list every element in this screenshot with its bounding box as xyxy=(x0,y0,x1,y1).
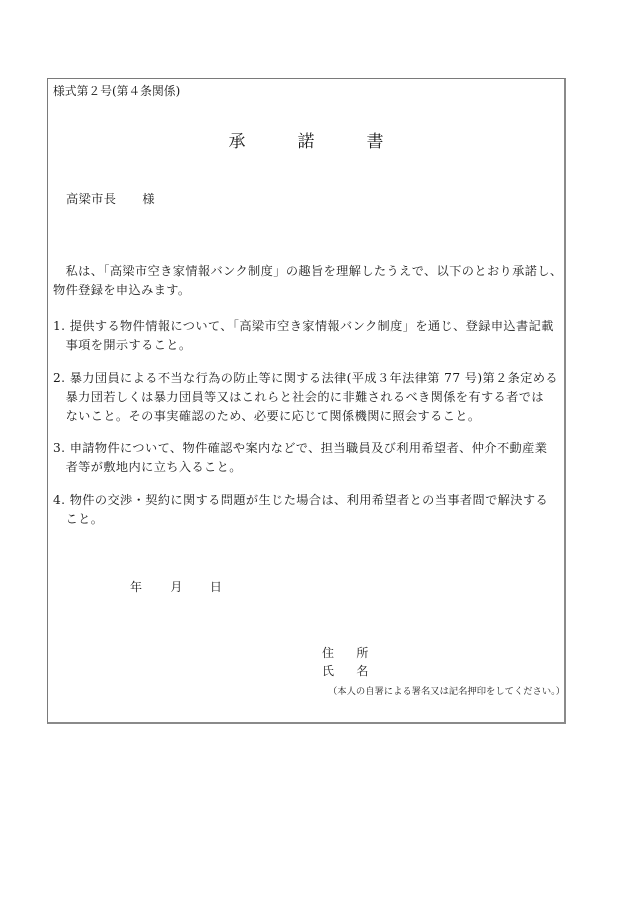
intro-line-1: 私は、「高梁市空き家情報バンク制度」の趣旨を理解したうえで、以下のとおり承諾し、 xyxy=(53,264,563,278)
item-4-line-2: こと。 xyxy=(53,512,103,526)
item-3-line-2: 者等が敷地内に立ち入ること。 xyxy=(53,460,242,474)
title-char-3: 書 xyxy=(367,132,384,152)
form-number: 様式第２号(第４条関係) xyxy=(53,84,180,98)
item-2-line-1: 2. 暴力団員による不当な行為の防止等に関する法律(平成３年法律第 77 号)第… xyxy=(53,371,558,385)
month-label: 月 xyxy=(170,580,182,594)
address-field: 住所 xyxy=(322,646,369,660)
intro-line-2: 物件登録を申込みます。 xyxy=(53,283,191,297)
name-field: 氏名 xyxy=(322,664,369,678)
item-3-line-1: 3. 申請物件について、物件確認や案内などで、担当職員及び利用希望者、仲介不動産… xyxy=(53,441,547,455)
address-label-2: 所 xyxy=(356,646,368,660)
name-label-1: 氏 xyxy=(322,664,334,678)
year-label: 年 xyxy=(130,580,142,594)
signature-note: （本人の自署による署名又は記名押印をしてください。） xyxy=(328,685,565,699)
address-label-1: 住 xyxy=(322,646,334,660)
item-1-line-2: 事項を開示すること。 xyxy=(53,338,191,352)
date-field: 年月日 xyxy=(130,580,222,594)
document-title: 承 諾 書 xyxy=(48,132,564,152)
item-2-line-2: 暴力団若しくは暴力団員等又はこれらと社会的に非難されるべき関係を有する者では xyxy=(53,390,544,404)
day-label: 日 xyxy=(210,580,222,594)
consent-form: 様式第２号(第４条関係) 承 諾 書 高梁市長様 私は、「高梁市空き家情報バンク… xyxy=(47,78,566,724)
item-4-line-1: 4. 物件の交渉・契約に関する問題が生じた場合は、利用希望者との当事者間で解決す… xyxy=(53,493,548,507)
title-char-2: 諾 xyxy=(298,132,315,152)
recipient: 高梁市長様 xyxy=(66,192,155,206)
recipient-honorific: 様 xyxy=(142,192,155,206)
item-1-line-1: 1. 提供する物件情報について、「高梁市空き家情報バンク制度」を通じ、登録申込書… xyxy=(53,319,554,333)
name-label-2: 名 xyxy=(356,664,368,678)
item-2-line-3: ないこと。その事実確認のため、必要に応じて関係機関に照会すること。 xyxy=(53,409,481,423)
recipient-name: 高梁市長 xyxy=(66,192,116,206)
title-char-1: 承 xyxy=(229,132,246,152)
